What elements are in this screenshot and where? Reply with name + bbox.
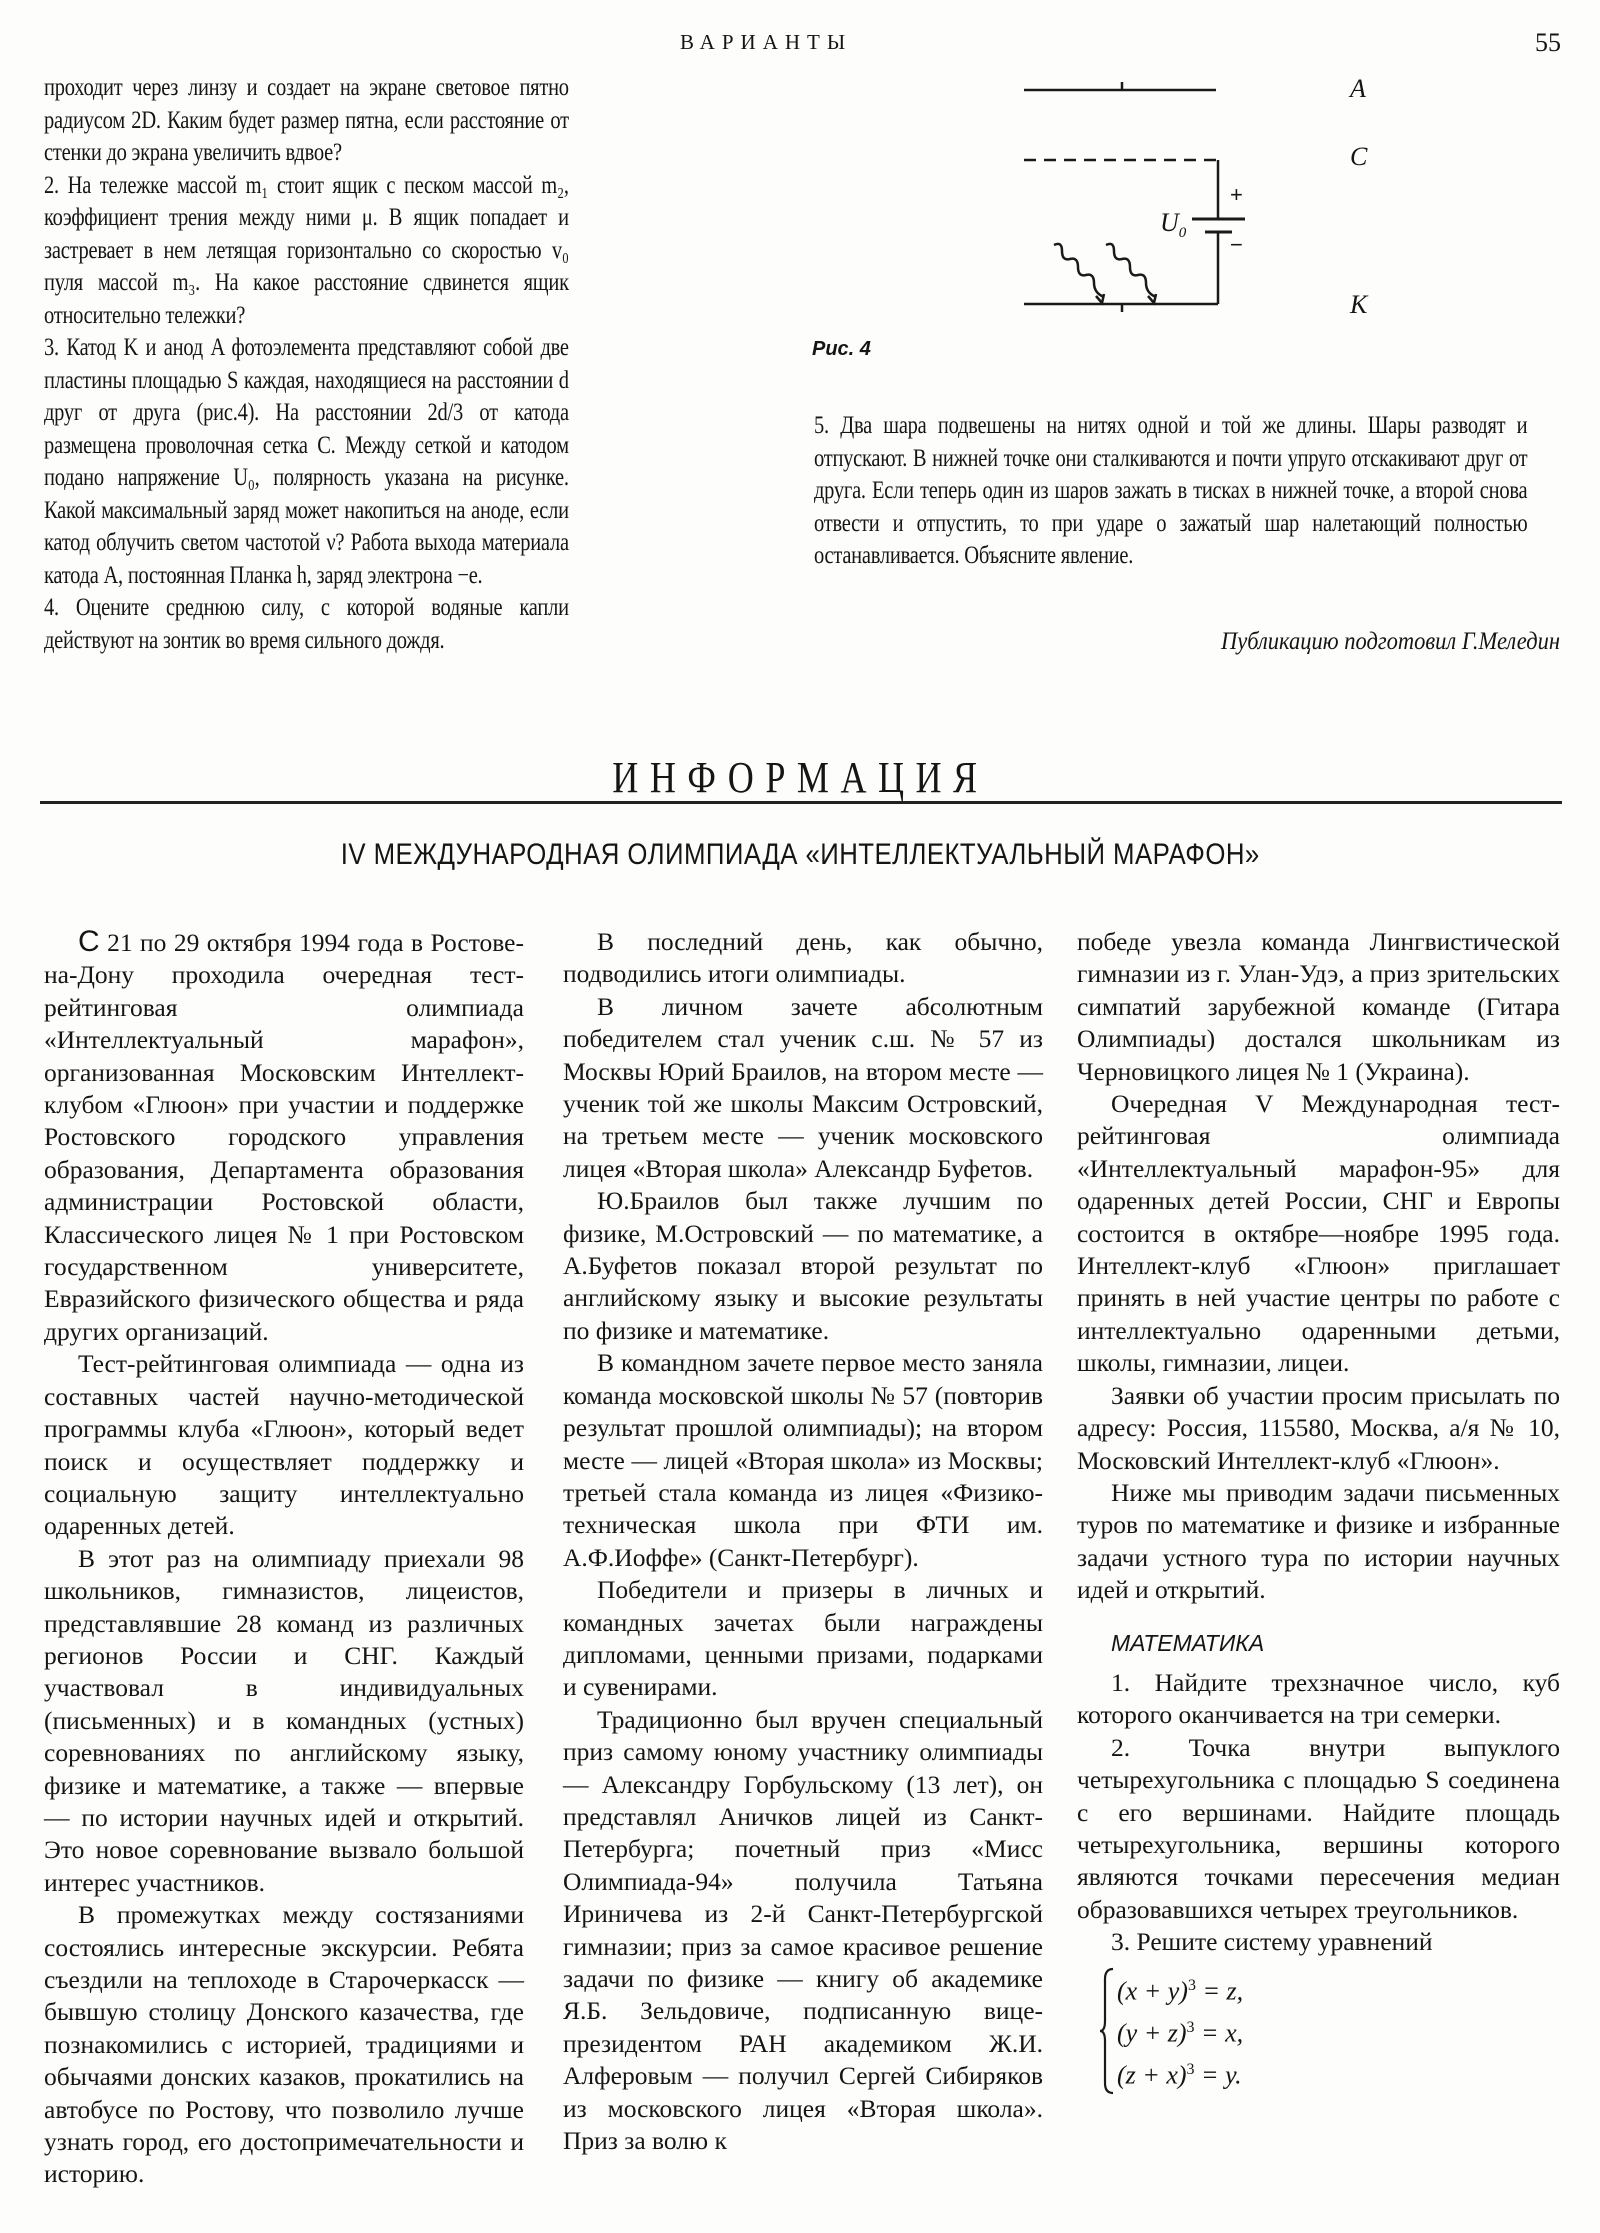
figure-caption: Рис. 4	[812, 338, 871, 361]
math-problem-2: 2. Точка внутри выпуклого четырехугольни…	[1077, 1732, 1560, 1926]
equation-system: (x + y)3 = z, (y + z)3 = x, (z + x)3 = y…	[1099, 1965, 1560, 2091]
paragraph: Заявки об участии просим присылать по ад…	[1077, 1380, 1560, 1477]
paragraph: Победители и призеры в личных и командны…	[563, 1574, 1043, 1704]
article-column-3: победе увезла команда Лингвистической ги…	[1077, 926, 1560, 2091]
paragraph: В промежутках между состязаниями состоял…	[44, 1899, 524, 2191]
problem-2: 2. На тележке массой m₁ стоит ящик с пес…	[44, 170, 569, 333]
math-heading: МАТЕМАТИКА	[1077, 1627, 1560, 1659]
math-problem-1: 1. Найдите трехзначное число, куб которо…	[1077, 1667, 1560, 1732]
paragraph: В этот раз на олимпиаду приехали 98 школ…	[44, 1543, 524, 1899]
section-title: ИНФОРМАЦИЯ	[612, 752, 988, 803]
photocell-circuit-icon	[1020, 60, 1380, 340]
anode-label: A	[1350, 74, 1366, 104]
article-title-wrap: IV МЕЖДУНАРОДНАЯ ОЛИМПИАДА «ИНТЕЛЛЕКТУАЛ…	[0, 838, 1600, 872]
page-number: 55	[1535, 28, 1561, 58]
problem-5: 5. Два шара подвешены на нитях одной и т…	[814, 410, 1527, 573]
minus-sign: −	[1230, 232, 1243, 258]
paragraph: победе увезла команда Лингвистической ги…	[1077, 926, 1560, 1088]
problems-right-column: 5. Два шара подвешены на нитях одной и т…	[814, 410, 1527, 573]
cathode-label: K	[1350, 290, 1367, 320]
article-title: IV МЕЖДУНАРОДНАЯ ОЛИМПИАДА «ИНТЕЛЛЕКТУАЛ…	[341, 838, 1260, 872]
problem-4: 4. Оцените среднюю силу, с которой водян…	[44, 592, 569, 657]
section-title-wrap: ИНФОРМАЦИЯ	[0, 752, 1600, 803]
problem-1-continued: проходит через линзу и создает на экране…	[44, 72, 569, 170]
grid-label: C	[1350, 142, 1367, 172]
paragraph: Ниже мы приводим задачи письменных туров…	[1077, 1477, 1560, 1607]
paragraph: Очередная V Международная тест-рейтингов…	[1077, 1088, 1560, 1380]
paragraph: Традиционно был вручен специальный приз …	[563, 1704, 1043, 2158]
paragraph: В командном зачете первое место заняла к…	[563, 1347, 1043, 1574]
article-column-1: С 21 по 29 октября 1994 года в Ростове-н…	[44, 926, 524, 2191]
running-head: ВАРИАНТЫ	[680, 30, 852, 55]
voltage-label: U0	[1160, 208, 1186, 242]
paragraph: Ю.Браилов был также лучшим по физике, М.…	[563, 1185, 1043, 1347]
equation-2: (y + z)3 = x,	[1117, 2007, 1560, 2049]
paragraph: В личном зачете абсолютным победителем с…	[563, 991, 1043, 1185]
plus-sign: +	[1230, 182, 1243, 208]
problem-3: 3. Катод K и анод A фотоэлемента предста…	[44, 332, 569, 592]
math-problem-3: 3. Решите систему уравнений	[1077, 1926, 1560, 1958]
equation-3: (z + x)3 = y.	[1117, 2049, 1560, 2091]
paragraph: Тест-рейтинговая олимпиада — одна из сос…	[44, 1348, 524, 1542]
curly-brace-icon	[1099, 1967, 1117, 2095]
publication-credit: Публикацию подготовил Г.Меледин	[1146, 628, 1560, 656]
drop-cap: С	[78, 925, 100, 958]
figure-4-photocell-diagram: A C K + − U0	[1020, 60, 1380, 340]
article-column-2: В последний день, как обычно, подводилис…	[563, 926, 1043, 2157]
equation-1: (x + y)3 = z,	[1117, 1965, 1560, 2007]
section-rule	[40, 801, 1562, 804]
paragraph: В последний день, как обычно, подводилис…	[563, 926, 1043, 991]
problems-left-column: проходит через линзу и создает на экране…	[44, 72, 569, 657]
